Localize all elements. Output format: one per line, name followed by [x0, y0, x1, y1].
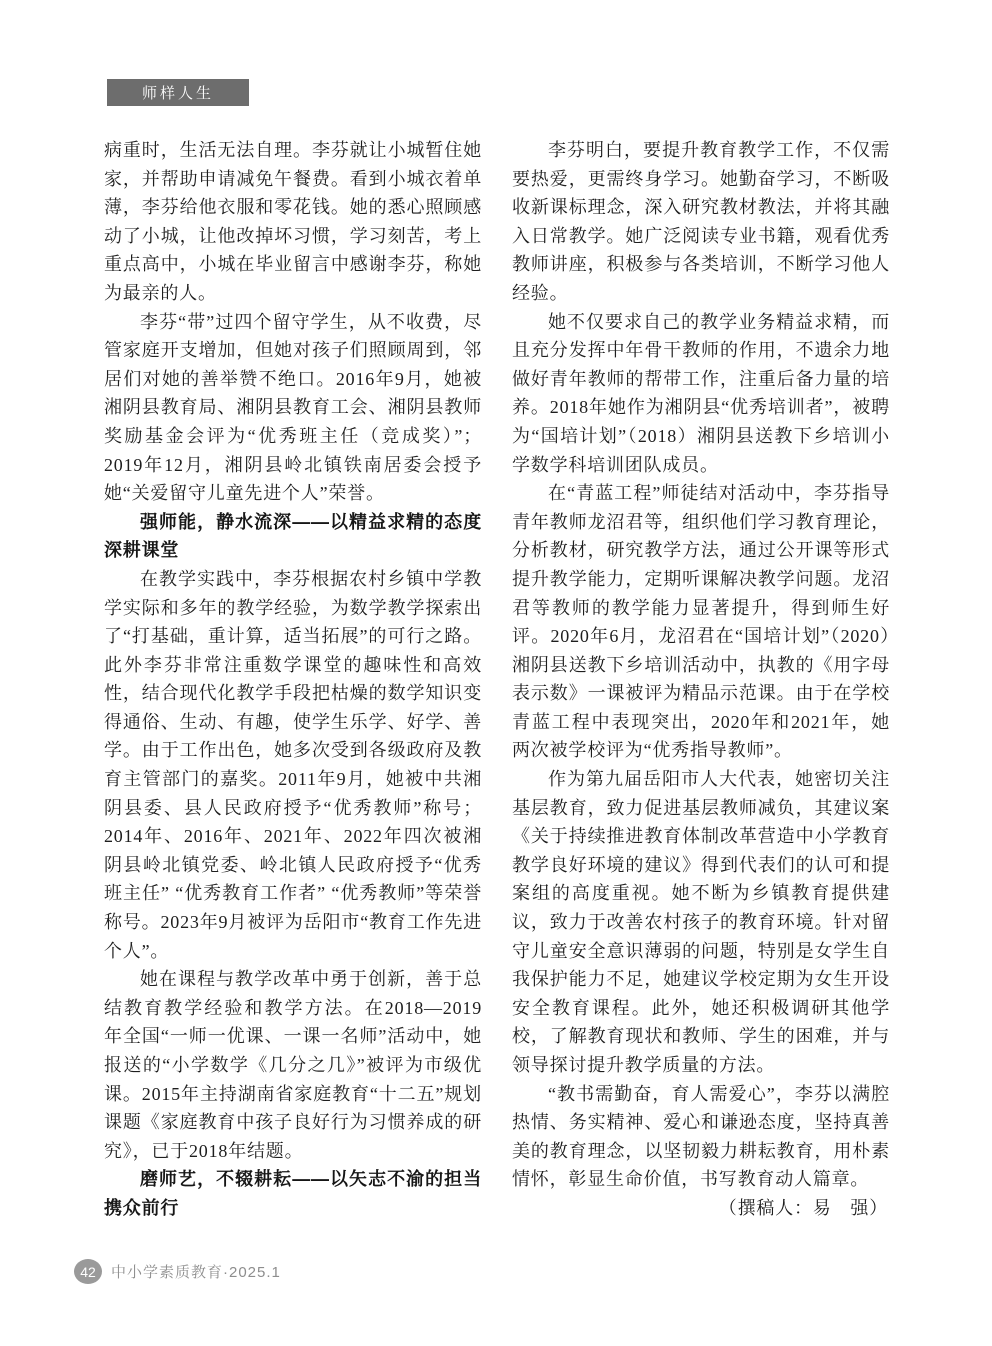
- paragraph: 她不仅要求自己的教学业务精益求精，而且充分发挥中年骨干教师的作用，不遗余力地做好…: [512, 308, 890, 480]
- journal-name: 中小学素质教育·2025.1: [111, 1261, 281, 1282]
- page-number-badge: 42: [74, 1259, 102, 1284]
- subheading-craft: 磨师艺，不辍耕耘——以矢志不渝的担当携众前行: [104, 1165, 482, 1222]
- byline-editor: （本栏责编：王 娟）: [920, 136, 992, 165]
- page-footer: 42 中小学素质教育·2025.1: [74, 1259, 281, 1284]
- magazine-page: 师样人生 病重时，生活无法自理。李芬就让小城暂住她家，并帮助申请减免午餐费。看到…: [0, 0, 992, 1346]
- paragraph: 她在课程与教学改革中勇于创新，善于总结教育教学经验和教学方法。在2018—201…: [104, 965, 482, 1165]
- article-body: 病重时，生活无法自理。李芬就让小城暂住她家，并帮助申请减免午餐费。看到小城衣着单…: [104, 136, 890, 1228]
- paragraph-continuation: 病重时，生活无法自理。李芬就让小城暂住她家，并帮助申请减免午餐费。看到小城衣着单…: [104, 136, 482, 308]
- paragraph: 李芬“带”过四个留守学生，从不收费，尽管家庭开支增加，但她对孩子们照顾周到，邻居…: [104, 308, 482, 508]
- paragraph: 在“青蓝工程”师徒结对活动中，李芬指导青年教师龙沼君等，组织他们学习教育理论，分…: [512, 479, 890, 765]
- paragraph: 李芬明白，要提升教育教学工作，不仅需要热爱，更需终身学习。她勤奋学习，不断吸收新…: [512, 136, 890, 308]
- paragraph: 在教学实践中，李芬根据农村乡镇中学教学实际和多年的教学经验，为数学教学探索出了“…: [104, 565, 482, 965]
- paragraph: 作为第九届岳阳市人大代表，她密切关注基层教育，致力促进基层教师减负，其建议案《关…: [512, 765, 890, 1080]
- subheading-strong-skill: 强师能，静水流深——以精益求精的态度深耕课堂: [104, 508, 482, 565]
- byline-author: （撰稿人：易 强）: [512, 1194, 890, 1223]
- paragraph: “教书需勤奋，育人需爱心”，李芬以满腔热情、务实精神、爱心和谦逊态度，坚持真善美…: [512, 1080, 890, 1194]
- section-tag: 师样人生: [107, 79, 249, 106]
